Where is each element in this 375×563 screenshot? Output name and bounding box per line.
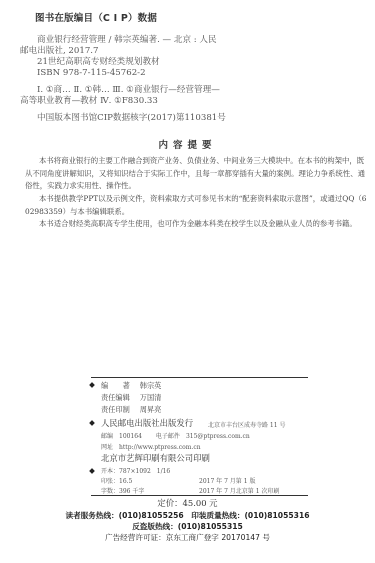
- words-row: 字数：396 千字: [101, 486, 144, 495]
- email-label: 电子邮件: [156, 433, 180, 440]
- publisher-address: 北京市丰台区成寿寺路 11 号: [208, 420, 285, 429]
- editor-name: 万国清: [140, 393, 162, 402]
- editor-label: 责任编辑: [101, 393, 130, 402]
- price: 定价：45.00 元: [0, 497, 375, 509]
- cip-record-line-2: 邮电出版社, 2017.7: [20, 46, 99, 57]
- colophon-bottom-rule: [91, 495, 308, 496]
- cip-subjects-line-2: 高等职业教育—教材 Ⅳ. ①F830.33: [20, 96, 158, 107]
- email-link: 315@ptpress.com.cn: [186, 433, 250, 440]
- diamond-bullet-icon: [89, 420, 95, 426]
- website-label: 网址: [101, 444, 113, 451]
- format-value: 787×1092 1/16: [119, 468, 170, 475]
- diamond-bullet-icon: [89, 382, 95, 388]
- words-label: 字数：: [101, 488, 119, 495]
- summary-paragraph-2: 本书提供教学PPT以及示例文件，资料索取方式可参见书末的“配套资料索取示意图”，…: [25, 193, 370, 218]
- reader-service-hotline: 读者服务热线：(010)81055256 印装质量热线：(010)8105531…: [0, 510, 375, 521]
- print-manager-name: 周昇亮: [140, 405, 162, 414]
- print-manager-row: 责任印制周昇亮: [101, 405, 161, 415]
- print-manager-label: 责任印制: [101, 405, 130, 414]
- sheets-label: 印张：: [101, 478, 119, 485]
- impression-info: 2017 年 7 月北京第 1 次印刷: [199, 486, 279, 495]
- website-link: http://www.ptpress.com.cn: [119, 444, 201, 451]
- anti-piracy-hotline: 反盗版热线：(010)81055315: [0, 521, 375, 532]
- cip-series: 21世纪高职高专财经类规划教材: [37, 57, 160, 68]
- cip-title: 图书在版编目（C I P）数据: [35, 10, 157, 24]
- sheets-row: 印张：16.5: [101, 476, 132, 485]
- author-label: 编 著: [101, 381, 130, 390]
- author-name: 韩宗英: [140, 381, 162, 390]
- website-row: 网址http://www.ptpress.com.cn: [101, 442, 201, 451]
- postcode: 100164: [119, 433, 142, 440]
- edition-info: 2017 年 7 月第 1 版: [199, 476, 255, 485]
- summary-paragraph-1: 本书将商业银行的主要工作融合到资产业务、负债业务、中间业务三大模块中。在本书的构…: [25, 155, 370, 193]
- diamond-bullet-icon: [89, 468, 95, 474]
- summary-paragraph-3: 本书适合财经类高职高专学生使用，也可作为金融本科类在校学生以及金融从业人员的参考…: [25, 218, 370, 231]
- cip-subjects-line-1: Ⅰ. ①商… Ⅱ. ①韩… Ⅲ. ①商业银行—经营管理—: [37, 85, 220, 96]
- format-label: 开本：: [101, 468, 119, 475]
- author-row: 编 著韩宗英: [90, 381, 161, 391]
- cip-isbn: ISBN 978-7-115-45762-2: [37, 68, 146, 79]
- publisher-row: 人民邮电出版社出版发行: [90, 417, 193, 429]
- printer-company: 北京市艺辉印刷有限公司印刷: [101, 452, 210, 464]
- editor-row: 责任编辑万国清: [101, 393, 161, 403]
- format-row: 开本：787×1092 1/16: [90, 466, 170, 475]
- postcode-email-row: 邮编100164电子邮件315@ptpress.com.cn: [101, 431, 250, 440]
- summary-title: 内容提要: [0, 137, 375, 151]
- colophon-top-rule: [91, 377, 308, 378]
- words-value: 396 千字: [119, 488, 144, 495]
- postcode-label: 邮编: [101, 433, 113, 440]
- cip-record-line-1: 商业银行经营管理 / 韩宗英编著. — 北京 : 人民: [37, 35, 217, 46]
- sheets-value: 16.5: [119, 478, 132, 485]
- publisher-name: 人民邮电出版社出版发行: [101, 418, 193, 428]
- ad-license: 广告经营许可证：京东工商广登字 20170147 号: [0, 532, 375, 543]
- cip-number: 中国版本图书馆CIP数据核字(2017)第110381号: [37, 113, 226, 124]
